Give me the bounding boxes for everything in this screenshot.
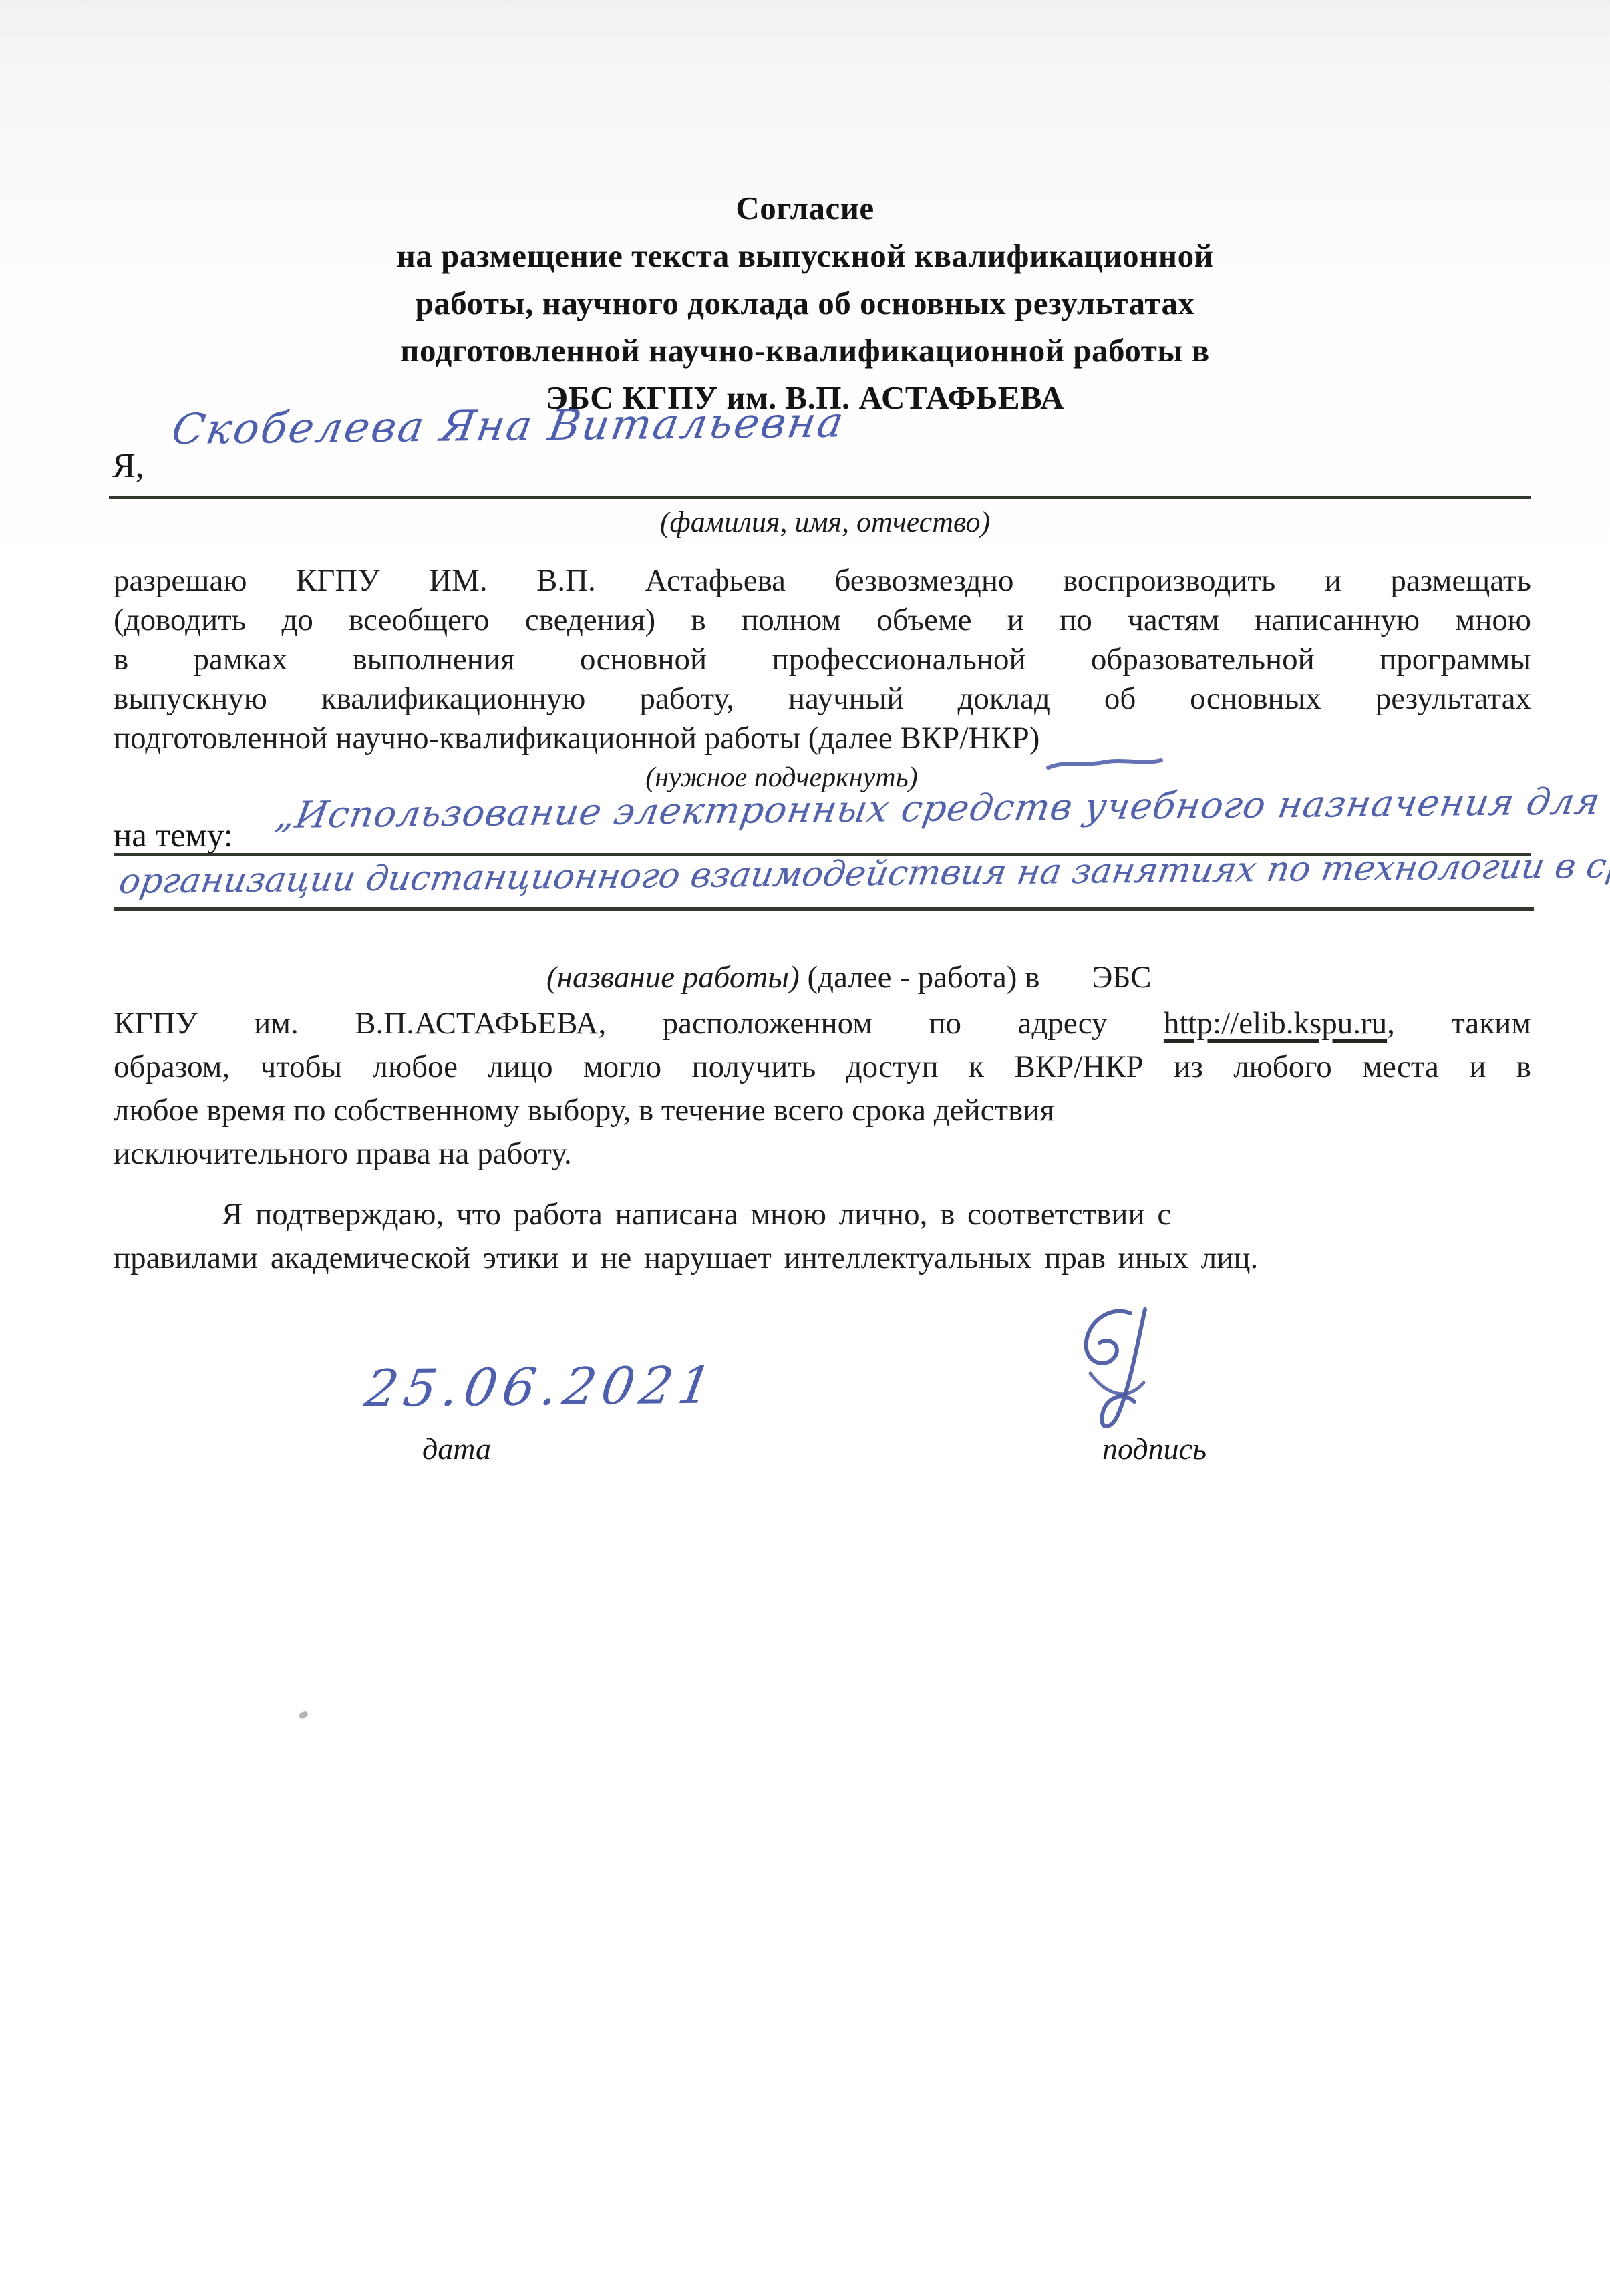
document-title: Согласие на размещение текста выпускной … [0, 184, 1610, 422]
work-alias-caption: (далее - работа) в [808, 960, 1040, 995]
permission-line-2: (доводить до всеобщего сведения) в полно… [114, 601, 1531, 640]
permission-line-4: выпускную квалификационную работу, научн… [114, 679, 1531, 719]
scan-speck [298, 1711, 309, 1719]
permission-last-line-pre: подготовленной научно-квалификационной р… [114, 721, 900, 756]
permission-line-3: в рамках выполнения основной профессиона… [114, 640, 1531, 679]
elib-url: http://elib.kspu.ru [1164, 1006, 1387, 1041]
topic-ruled-line-2 [114, 907, 1534, 911]
work-reference-caption: (название работы) (далее - работа) вЭБС [114, 959, 1531, 995]
access-line-1: КГПУ им. В.П.АСТАФЬЕВА, расположенном по… [114, 1002, 1531, 1045]
permission-last-line: подготовленной научно-квалификационной р… [114, 719, 1531, 758]
title-line-1: Согласие [0, 184, 1610, 232]
access-line-1-pre: КГПУ им. В.П.АСТАФЬЕВА, расположенном по… [114, 1006, 1164, 1041]
consent-document-page: Согласие на размещение текста выпускной … [0, 0, 1610, 2296]
ebs-label: ЭБС [1092, 960, 1151, 995]
confirmation-paragraph: Я подтверждаю, что работа написана мною … [114, 1193, 1531, 1280]
declarant-name-handwritten: Скобелева Яна Витальевна [168, 397, 849, 454]
signature [1043, 1304, 1188, 1442]
work-title-caption: (название работы) [546, 960, 800, 995]
confirmation-line-2: правилами академической этики и не наруш… [114, 1237, 1531, 1280]
date-handwritten: 25.06.2021 [361, 1355, 722, 1418]
permission-last-line-post: /НКР) [959, 721, 1039, 756]
access-line-3: любое время по собственному выбору, в те… [114, 1089, 1531, 1132]
permission-line-1: разрешаю КГПУ ИМ. В.П. Астафьева безвозм… [114, 561, 1531, 601]
access-line-2: образом, чтобы любое лицо могло получить… [114, 1045, 1531, 1089]
access-line-1-post: , таким [1387, 1006, 1531, 1041]
title-line-2: на размещение текста выпускной квалифика… [0, 232, 1610, 279]
date-label: дата [422, 1431, 491, 1466]
topic-handwritten-line2: организации дистанционного взаимодействи… [116, 843, 1610, 902]
topic-label: на тему: [114, 816, 233, 855]
underlined-term-vkr: ВКР [900, 721, 959, 756]
access-paragraph: КГПУ им. В.П.АСТАФЬЕВА, расположенном по… [114, 1002, 1531, 1176]
fio-caption: (фамилия, имя, отчество) [0, 505, 1610, 539]
signature-label: подпись [1102, 1431, 1206, 1466]
confirmation-line-1: Я подтверждаю, что работа написана мною … [114, 1193, 1531, 1237]
name-ruled-line [109, 496, 1531, 499]
title-line-4: подготовленной научно-квалификационной р… [0, 327, 1610, 374]
declarant-pronoun: Я, [112, 446, 144, 486]
title-line-3: работы, научного доклада об основных рез… [0, 279, 1610, 327]
permission-paragraph: разрешаю КГПУ ИМ. В.П. Астафьева безвозм… [114, 561, 1531, 758]
access-line-4: исключительного права на работу. [114, 1132, 1531, 1176]
